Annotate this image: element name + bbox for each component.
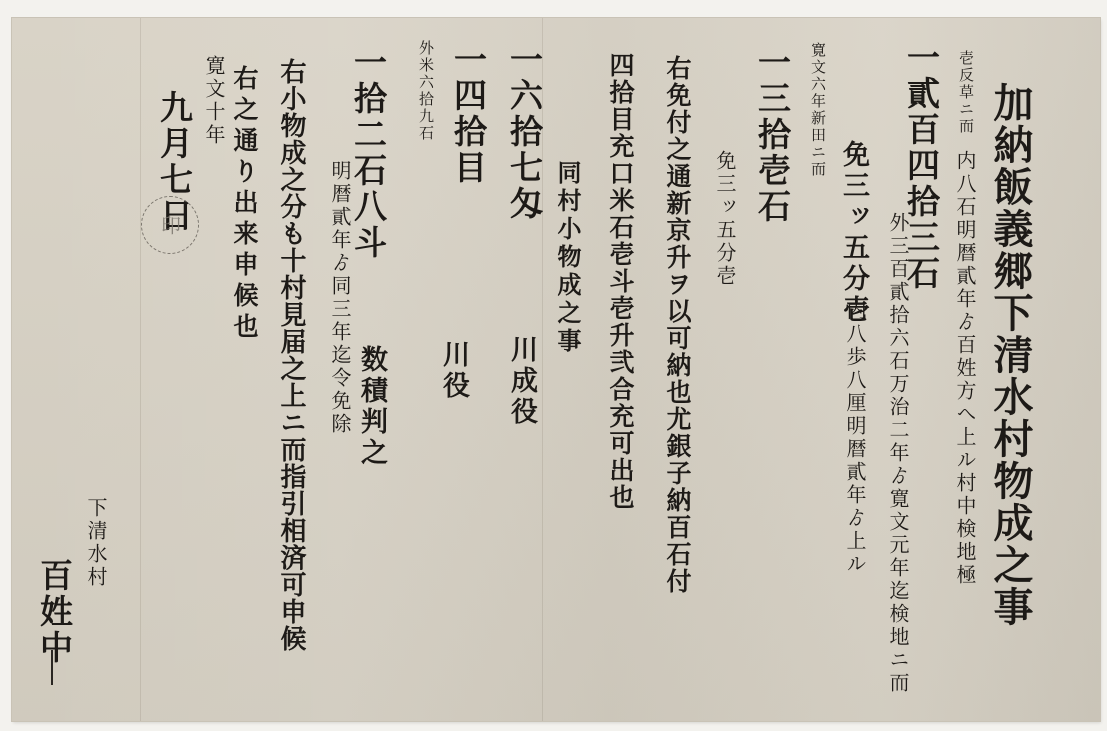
body-line: 四拾目充口米石壱斗壱升弐合充可出也 [608,52,633,511]
item-label: 数積判之 [358,345,385,469]
annotation: 明暦貳年ゟ同三年迄令免除 [330,160,350,436]
brush-tail [51,650,53,685]
annotation: 壱反草ニ而 [958,50,973,135]
line-item: 一拾二石八斗 [352,45,385,261]
section-heading: 同村小物成之事 [555,160,579,356]
addressee: 百姓中 [38,558,71,666]
line-item: 一三拾壱石 [756,45,789,225]
line-item: 一四拾目 [452,42,485,186]
item-label: 川役 [440,340,467,402]
body-line: 右之通り出来申候也 [232,65,257,344]
document-title: 加納飯義郷下清水村物成之事 [990,82,1030,628]
annotation: 外三百貳拾六石万治二年ゟ寛文元年迄検地ニ而 [888,212,908,695]
seal-stamp: 印 [141,196,199,254]
annotation: 内八歩八厘明暦貳年ゟ上ル [845,300,865,576]
annotation: 寛文六年新田ニ而 [810,42,825,178]
annotation: 外米六拾九石 [418,40,433,142]
tax-rate: 免三ッ五分壱 [840,140,867,326]
line-item: 一六拾七匁 [508,42,541,222]
tax-rate: 免三ッ五分壱 [715,150,735,288]
fold-line [140,18,141,721]
annotation: 内八石明暦貳年ゟ百姓方へ上ル村中検地極 [955,150,975,587]
item-label: 川成役 [508,335,535,428]
body-line: 右小物成之分も十村見届之上ニ而指引相済可申候 [278,58,304,652]
date-era: 寛文十年 [204,55,224,147]
addressee-village: 下清水村 [86,497,106,589]
body-line: 右免付之通新京升ヲ以可納也尤銀子納百石付 [665,55,690,595]
